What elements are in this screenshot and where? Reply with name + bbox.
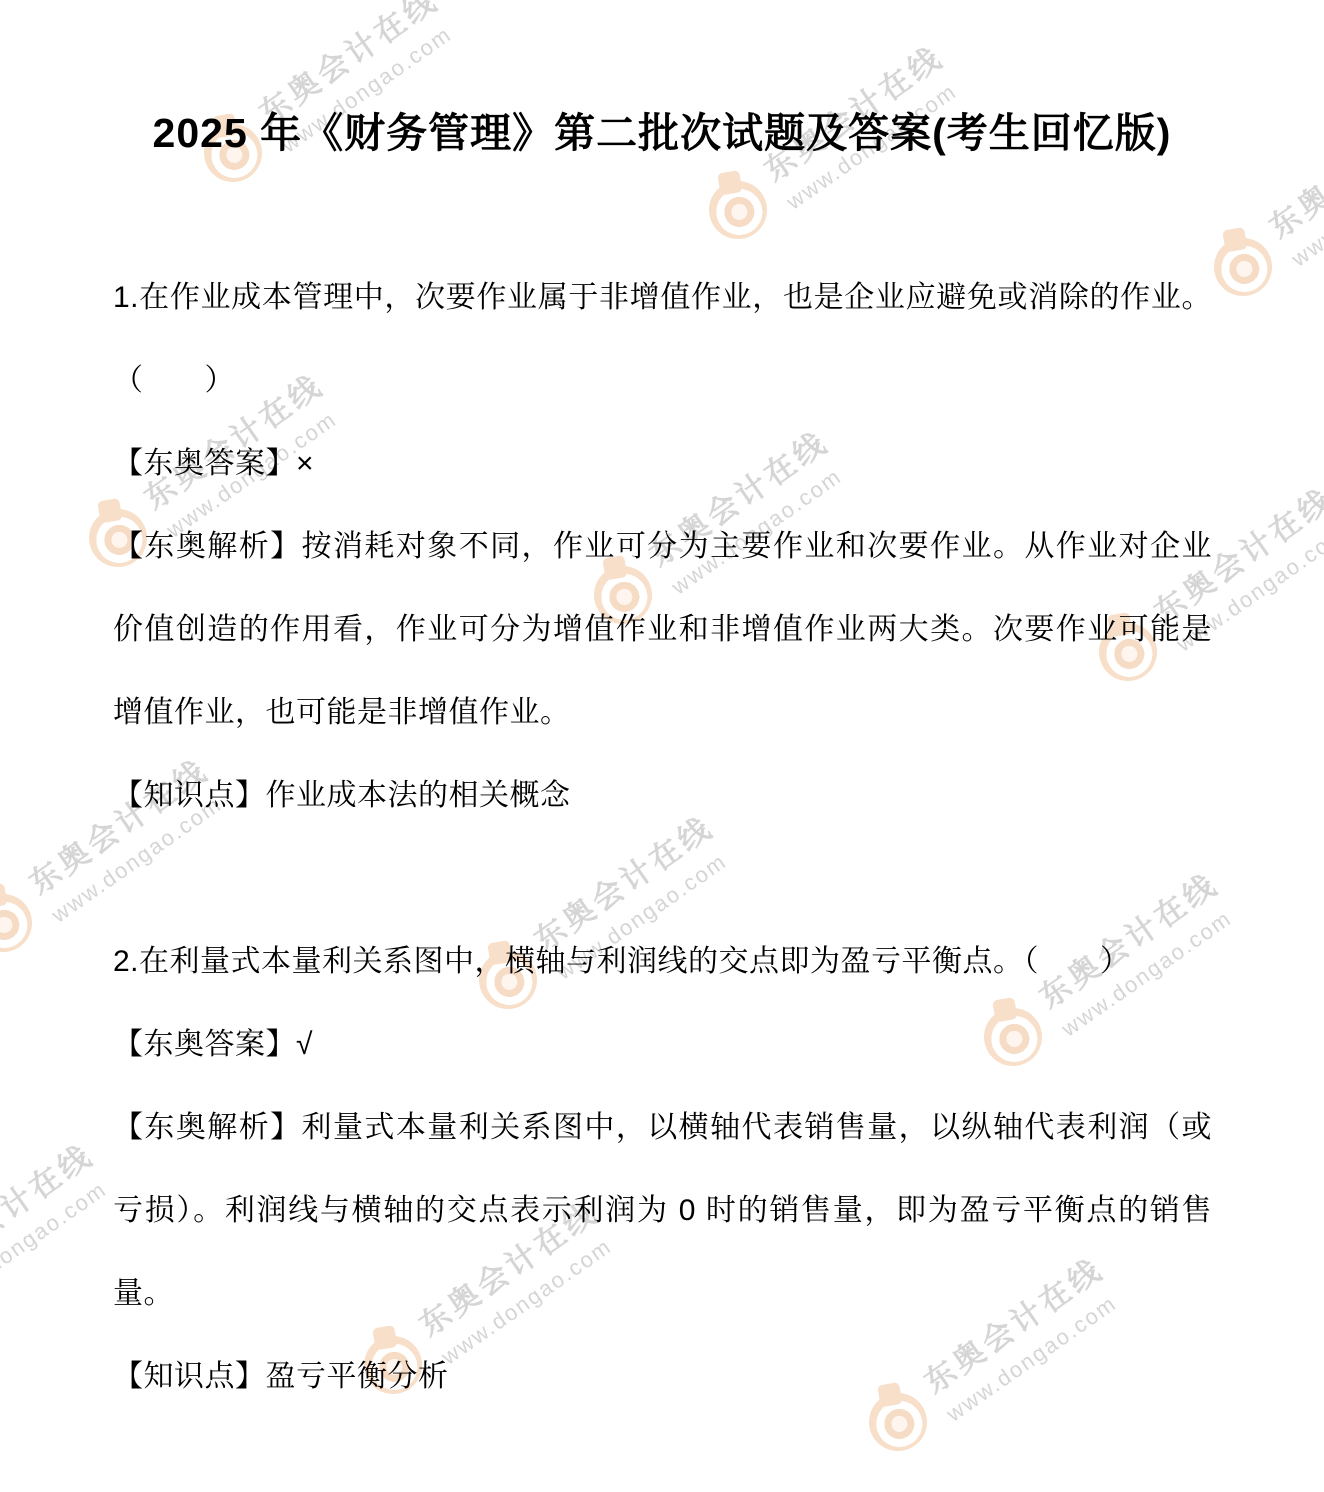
text-line-12: 亏损）。利润线与横轴的交点表示利润为 0 时的销售量，即为盈亏平衡点的销售 (113, 1169, 1212, 1252)
text-line-6: 增值作业，也可能是非增值作业。 (113, 671, 1212, 754)
text-line-13: 量。 (113, 1252, 1212, 1335)
text-line-1: 1.在作业成本管理中，次要作业属于非增值作业，也是企业应避免或消除的作业。 (113, 256, 1212, 339)
document-page: 东奥会计在线www.dongao.com东奥会计在线www.dongao.com… (0, 0, 1324, 1492)
text-line-2: （ ） (113, 339, 1212, 422)
page-title: 2025 年《财务管理》第二批次试题及答案(考生回忆版) (40, 100, 1284, 159)
text-line-7: 【知识点】作业成本法的相关概念 (113, 754, 1212, 837)
text-line-5: 价值创造的作用看，作业可分为增值作业和非增值作业两大类。次要作业可能是 (113, 588, 1212, 671)
text-line-3: 【东奥答案】× (113, 422, 1212, 505)
text-line-11: 【东奥解析】利量式本量利关系图中，以横轴代表销售量，以纵轴代表利润（或 (113, 1086, 1212, 1169)
question-text-block: 1.在作业成本管理中，次要作业属于非增值作业，也是企业应避免或消除的作业。（ ）… (113, 256, 1212, 1418)
text-line-10: 【东奥答案】√ (113, 1003, 1212, 1086)
text-line-9: 2.在利量式本量利关系图中，横轴与利润线的交点即为盈亏平衡点。（ ） (113, 920, 1212, 1003)
text-line-4: 【东奥解析】按消耗对象不同，作业可分为主要作业和次要作业。从作业对企业 (113, 505, 1212, 588)
text-line-14: 【知识点】盈亏平衡分析 (113, 1335, 1212, 1418)
document-content: 2025 年《财务管理》第二批次试题及答案(考生回忆版) 1.在作业成本管理中，… (0, 0, 1324, 1492)
